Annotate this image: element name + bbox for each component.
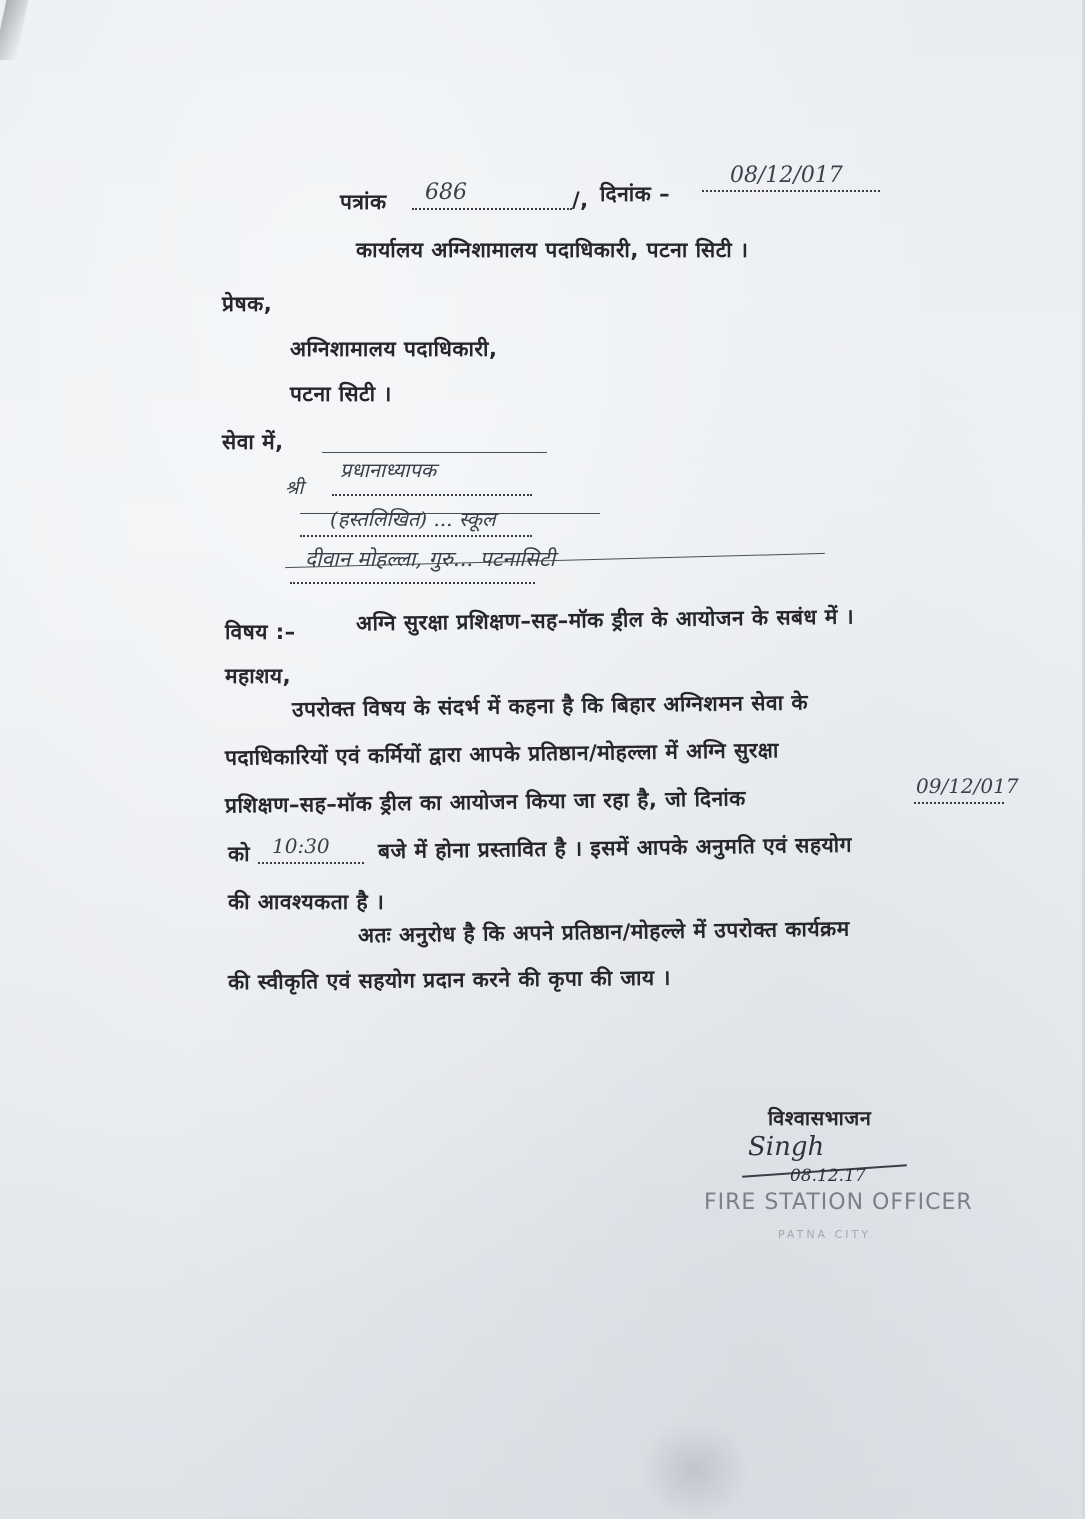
recipient-line-3: दीवान मोहल्ला, गुरु... पटनासिटी bbox=[305, 545, 555, 573]
body-line-2: पदाधिकारियों एवं कर्मियों द्वारा आपके प्… bbox=[225, 736, 779, 772]
recipient-line-2: (हस्तलिखित) ... स्कूल bbox=[330, 505, 496, 532]
signature: Singh bbox=[748, 1132, 824, 1162]
sender-label: प्रेषक, bbox=[222, 290, 272, 318]
ref-number: 686 bbox=[425, 180, 467, 205]
recipient-line-1: प्रधानाध्यापक bbox=[340, 456, 436, 483]
body-line-5: की आवश्यकता है । bbox=[228, 888, 384, 916]
handwritten-underline bbox=[322, 452, 547, 453]
page-corner-shadow bbox=[0, 0, 28, 60]
stamp-title: FIRE STATION OFFICER bbox=[704, 1190, 973, 1215]
subject-text: अग्नि सुरक्षा प्रशिक्षण–सह–मॉक ड्रील के … bbox=[356, 603, 854, 638]
body-line-6: अतः अनुरोध है कि अपने प्रतिष्ठान/मोहल्ले… bbox=[358, 915, 850, 950]
recipient-field-2 bbox=[300, 535, 532, 537]
recipient-field-3 bbox=[290, 582, 535, 584]
body-line-1: उपरोक्त विषय के संदर्भ में कहना है कि बि… bbox=[292, 688, 808, 723]
paper-smudge bbox=[640, 1420, 750, 1519]
event-time-field bbox=[258, 862, 364, 864]
sender-line-1: अग्निशामालय पदाधिकारी, bbox=[290, 335, 497, 363]
letter-date: 08/12/017 bbox=[730, 163, 843, 188]
date-field bbox=[702, 190, 880, 192]
ref-separator: /, bbox=[572, 188, 589, 212]
recipient-field-1 bbox=[332, 494, 532, 496]
body-line-3: प्रशिक्षण–सह–मॉक ड्रील का आयोजन किया जा … bbox=[225, 784, 746, 819]
sender-line-2: पटना सिटी । bbox=[290, 380, 392, 408]
body-line-4-pre: को bbox=[228, 840, 250, 868]
ref-number-field bbox=[412, 208, 572, 210]
subject-label: विषय :– bbox=[225, 618, 296, 646]
stamp-place: PATNA CITY bbox=[778, 1228, 871, 1241]
valediction: विश्वासभाजन bbox=[768, 1104, 871, 1131]
office-line: कार्यालय अग्निशामालय पदाधिकारी, पटना सिट… bbox=[356, 236, 749, 264]
event-date-field bbox=[914, 802, 1004, 804]
body-line-4-post: बजे में होना प्रस्तावित है । इसमें आपके … bbox=[378, 831, 852, 866]
body-line-7: की स्वीकृति एवं सहयोग प्रदान करने की कृप… bbox=[228, 964, 671, 997]
recipient-prefix: श्री bbox=[285, 474, 303, 500]
signature-date: 08.12.17 bbox=[790, 1166, 866, 1186]
salutation: महाशय, bbox=[225, 662, 291, 690]
event-time: 10:30 bbox=[272, 834, 330, 858]
date-label: दिनांक – bbox=[600, 180, 670, 208]
ref-label: पत्रांक bbox=[340, 188, 387, 216]
event-date: 09/12/017 bbox=[916, 774, 1019, 798]
recipient-label: सेवा में, bbox=[222, 428, 284, 456]
